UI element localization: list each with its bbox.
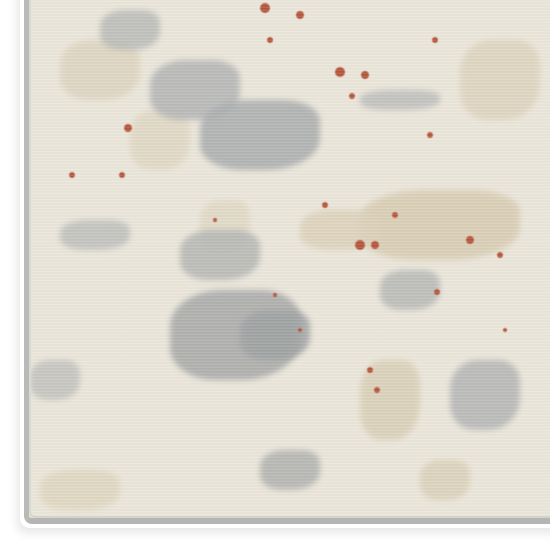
rust-speck [69,172,75,178]
rust-speck [335,67,345,77]
rust-speck [349,93,355,99]
rust-speck [260,3,270,13]
rust-speck [361,71,369,79]
beige-patch [420,460,470,500]
rug-corner [24,0,550,524]
rust-speck [298,328,302,332]
rust-speck [267,37,273,43]
gray-patch [60,220,130,250]
rust-speck [434,289,440,295]
rust-speck [355,240,365,250]
rust-speck [322,202,328,208]
rust-speck [273,293,277,297]
rust-speck [119,172,125,178]
gray-patch [240,310,310,360]
rust-speck [367,367,373,373]
gray-patch [450,360,520,430]
rust-speck [427,132,433,138]
gray-patch [30,360,80,400]
beige-patch [40,470,120,510]
rust-speck [392,212,398,218]
gray-patch [180,230,260,280]
rust-speck [124,124,132,132]
gray-patch [380,270,440,310]
rust-speck [296,11,304,19]
gray-patch [360,90,440,110]
rust-speck [503,328,507,332]
beige-patch [360,190,520,260]
beige-patch [300,210,380,250]
rust-speck [374,387,380,393]
beige-patch [460,40,540,120]
rug-pattern-field [29,0,550,518]
gray-patch [260,450,320,490]
rust-speck [213,218,217,222]
product-photo [0,0,550,550]
rust-speck [466,236,474,244]
rust-speck [371,241,379,249]
rust-speck [432,37,438,43]
gray-patch [100,10,160,50]
gray-patch [200,100,320,170]
rust-speck [497,252,503,258]
